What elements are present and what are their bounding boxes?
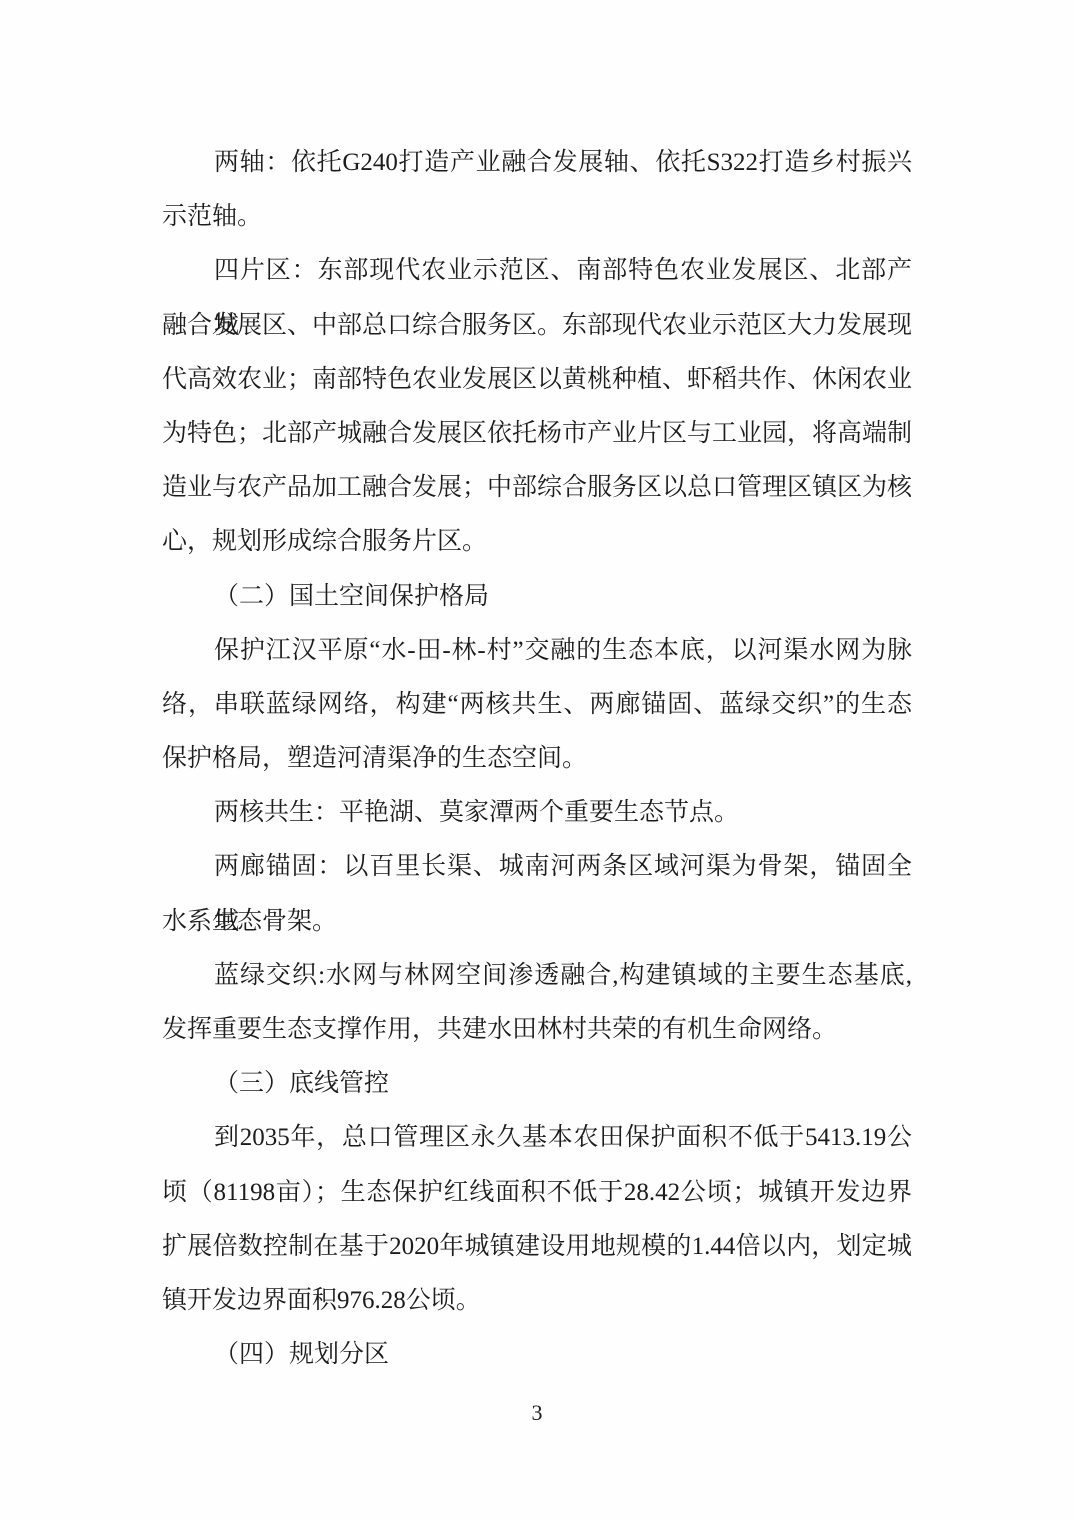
section-heading: （三）底线管控 [162, 1057, 912, 1111]
body-text-line: 两轴：依托G240打造产业融合发展轴、依托S322打造乡村振兴 [162, 136, 912, 190]
body-text-line: 两核共生：平艳湖、莫家潭两个重要生态节点。 [162, 786, 912, 840]
body-text-line: 蓝绿交织:水网与林网空间渗透融合,构建镇域的主要生态基底, [162, 949, 912, 1003]
body-text-line: 保护江汉平原“水-田-林-村”交融的生态本底，以河渠水网为脉 [162, 624, 912, 678]
body-text-line: 络，串联蓝绿网络，构建“两核共生、两廊锚固、蓝绿交织”的生态 [162, 678, 912, 732]
document-body: 两轴：依托G240打造产业融合发展轴、依托S322打造乡村振兴示范轴。四片区：东… [162, 136, 912, 1382]
body-text-line: 造业与农产品加工融合发展；中部综合服务区以总口管理区镇区为核 [162, 461, 912, 515]
body-text-line: 顷（81198亩）；生态保护红线面积不低于28.42公顷；城镇开发边界 [162, 1166, 912, 1220]
section-heading: （二）国土空间保护格局 [162, 570, 912, 624]
body-text-line: 融合发展区、中部总口综合服务区。东部现代农业示范区大力发展现 [162, 299, 912, 353]
body-text-line: 水系生态骨架。 [162, 895, 912, 949]
body-text-line: 扩展倍数控制在基于2020年城镇建设用地规模的1.44倍以内，划定城 [162, 1220, 912, 1274]
body-text-line: 镇开发边界面积976.28公顷。 [162, 1274, 912, 1328]
body-text-line: 两廊锚固：以百里长渠、城南河两条区域河渠为骨架，锚固全域 [162, 840, 912, 894]
body-text-line: 代高效农业；南部特色农业发展区以黄桃种植、虾稻共作、休闲农业 [162, 353, 912, 407]
document-page: 两轴：依托G240打造产业融合发展轴、依托S322打造乡村振兴示范轴。四片区：东… [0, 0, 1074, 1520]
page-number: 3 [0, 1398, 1074, 1428]
body-text-line: 四片区：东部现代农业示范区、南部特色农业发展区、北部产城 [162, 244, 912, 298]
body-text-line: 到2035年，总口管理区永久基本农田保护面积不低于5413.19公 [162, 1111, 912, 1165]
body-text-line: 为特色；北部产城融合发展区依托杨市产业片区与工业园，将高端制 [162, 407, 912, 461]
body-text-line: 心，规划形成综合服务片区。 [162, 515, 912, 569]
body-text-line: 示范轴。 [162, 190, 912, 244]
section-heading: （四）规划分区 [162, 1328, 912, 1382]
body-text-line: 保护格局，塑造河清渠净的生态空间。 [162, 732, 912, 786]
body-text-line: 发挥重要生态支撑作用，共建水田林村共荣的有机生命网络。 [162, 1003, 912, 1057]
